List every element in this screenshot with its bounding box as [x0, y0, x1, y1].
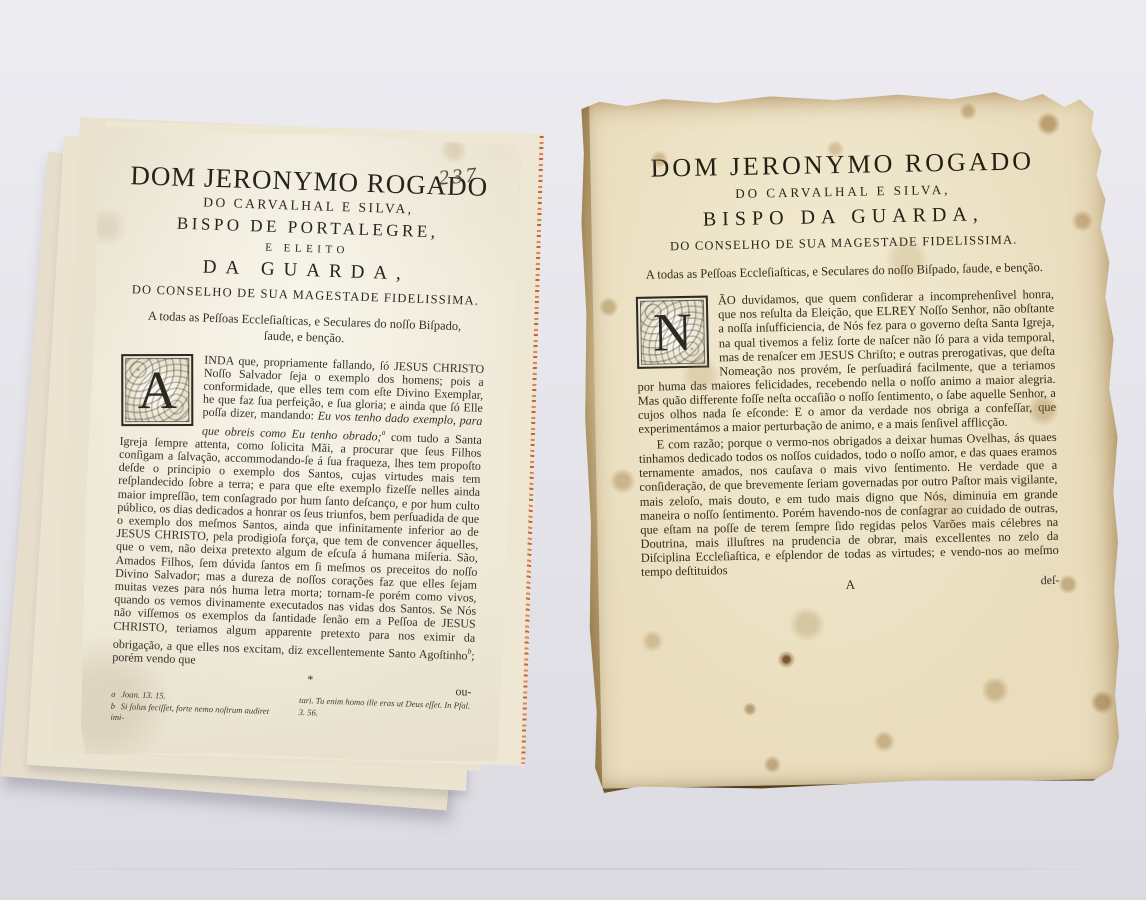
footnotes-left-column: aJoan. 13. 15. bSi ſolus feciſſet, forte…	[110, 689, 285, 730]
footnote-b: bSi ſolus feciſſet, forte nemo noſtrum a…	[110, 701, 285, 730]
right-catchword: deſ-	[1041, 573, 1060, 588]
footnote-a-text: Joan. 13. 15.	[121, 689, 166, 700]
left-catchword: ou-	[455, 684, 471, 700]
ornate-initial-A: A	[121, 354, 193, 426]
footnotes-right-column: tari. Tu enim homo ille eras ut Deus eſſ…	[298, 695, 473, 736]
photo-scene: 237 DOM JERONYMO ROGADO DO CARVALHAL E S…	[0, 0, 1146, 900]
right-page-content: DOM JERONYMO ROGADO DO CARVALHAL E SILVA…	[578, 88, 1122, 600]
right-pamphlet-title-page: DOM JERONYMO ROGADO DO CARVALHAL E SILVA…	[578, 88, 1125, 796]
footnote-a-label: a	[111, 689, 121, 701]
right-body-paragraph-1: NÃO duvidamos, que quem conſiderar a inc…	[636, 287, 1057, 436]
left-body-text-2: com tudo a Santa Igreja ſempre attenta, …	[113, 429, 482, 662]
right-title-line-2: DO CARVALHAL E SILVA,	[634, 180, 1052, 204]
left-page-content: DOM JERONYMO ROGADO DO CARVALHAL E SILVA…	[78, 126, 522, 737]
footnote-b-label: b	[111, 701, 121, 713]
right-body-paragraph-2: E com razão; porque o vermo-nos obrigado…	[639, 430, 1060, 579]
right-salutation: A todas as Peſſoas Eccleſiaſticas, e Sec…	[644, 260, 1045, 283]
asterisk-mark: *	[307, 673, 313, 688]
right-title-line-4: DO CONSELHO DE SUA MAGESTADE FIDELISSIMA…	[635, 232, 1053, 255]
left-body-paragraph: AINDA que, propriamente fallando, ſó JES…	[112, 351, 484, 677]
footnote-b-text: Si ſolus feciſſet, forte nemo noſtrum au…	[110, 701, 269, 723]
right-title-line-1: DOM JERONYMO ROGADO	[633, 147, 1051, 184]
left-footnotes: aJoan. 13. 15. bSi ſolus feciſſet, forte…	[110, 689, 473, 736]
handwritten-folio-number: 237	[437, 162, 480, 191]
left-pamphlet-title-page: 237 DOM JERONYMO ROGADO DO CARVALHAL E S…	[77, 126, 522, 768]
signature-mark-A: A	[846, 577, 856, 593]
left-pamphlet-stack: 237 DOM JERONYMO ROGADO DO CARVALHAL E S…	[34, 112, 554, 812]
ornate-initial-N: N	[636, 296, 709, 369]
right-title-line-3: BISPO DA GUARDA,	[634, 202, 1052, 233]
left-salutation: A todas as Peſſoas Eccleſiaſticas, e Sec…	[145, 309, 464, 351]
browned-bottom-block-edge	[602, 779, 1120, 796]
